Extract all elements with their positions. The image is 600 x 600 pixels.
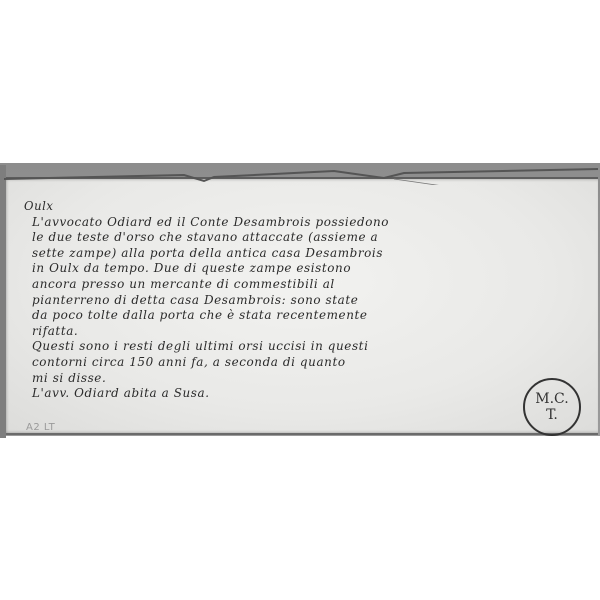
stamp-line-1: M.C.	[535, 391, 568, 407]
text-line: mi si disse.	[32, 371, 577, 387]
text-line: L'avv. Odiard abita a Susa.	[32, 386, 577, 402]
museum-stamp: M.C. T.	[523, 378, 581, 436]
text-line: le due teste d'orso che stavano attaccat…	[32, 230, 577, 246]
text-line: Questi sono i resti degli ultimi orsi uc…	[32, 339, 577, 355]
stamp-line-2: T.	[546, 407, 558, 423]
handwritten-text: Oulx L'avvocato Odiard ed il Conte Desam…	[28, 199, 588, 402]
text-line: pianterreno di detta casa Desambrois: so…	[32, 293, 577, 309]
text-line: da poco tolte dalla porta che è stata re…	[32, 308, 577, 324]
text-line: L'avvocato Odiard ed il Conte Desambrois…	[32, 215, 577, 231]
text-line: sette zampe) alla porta della antica cas…	[32, 246, 577, 262]
text-line: contorni circa 150 anni fa, a seconda di…	[32, 355, 577, 371]
text-line: ancora presso un mercante di commestibil…	[32, 277, 577, 293]
paper-sheet: Oulx L'avvocato Odiard ed il Conte Desam…	[4, 177, 598, 435]
document-photo: Oulx L'avvocato Odiard ed il Conte Desam…	[0, 163, 600, 436]
torn-top-edge	[4, 165, 598, 185]
text-line: rifatta.	[32, 324, 577, 340]
place-heading: Oulx	[24, 199, 569, 215]
text-line: in Oulx da tempo. Due di queste zampe es…	[32, 261, 577, 277]
inventory-number: A2 LT	[26, 422, 55, 433]
